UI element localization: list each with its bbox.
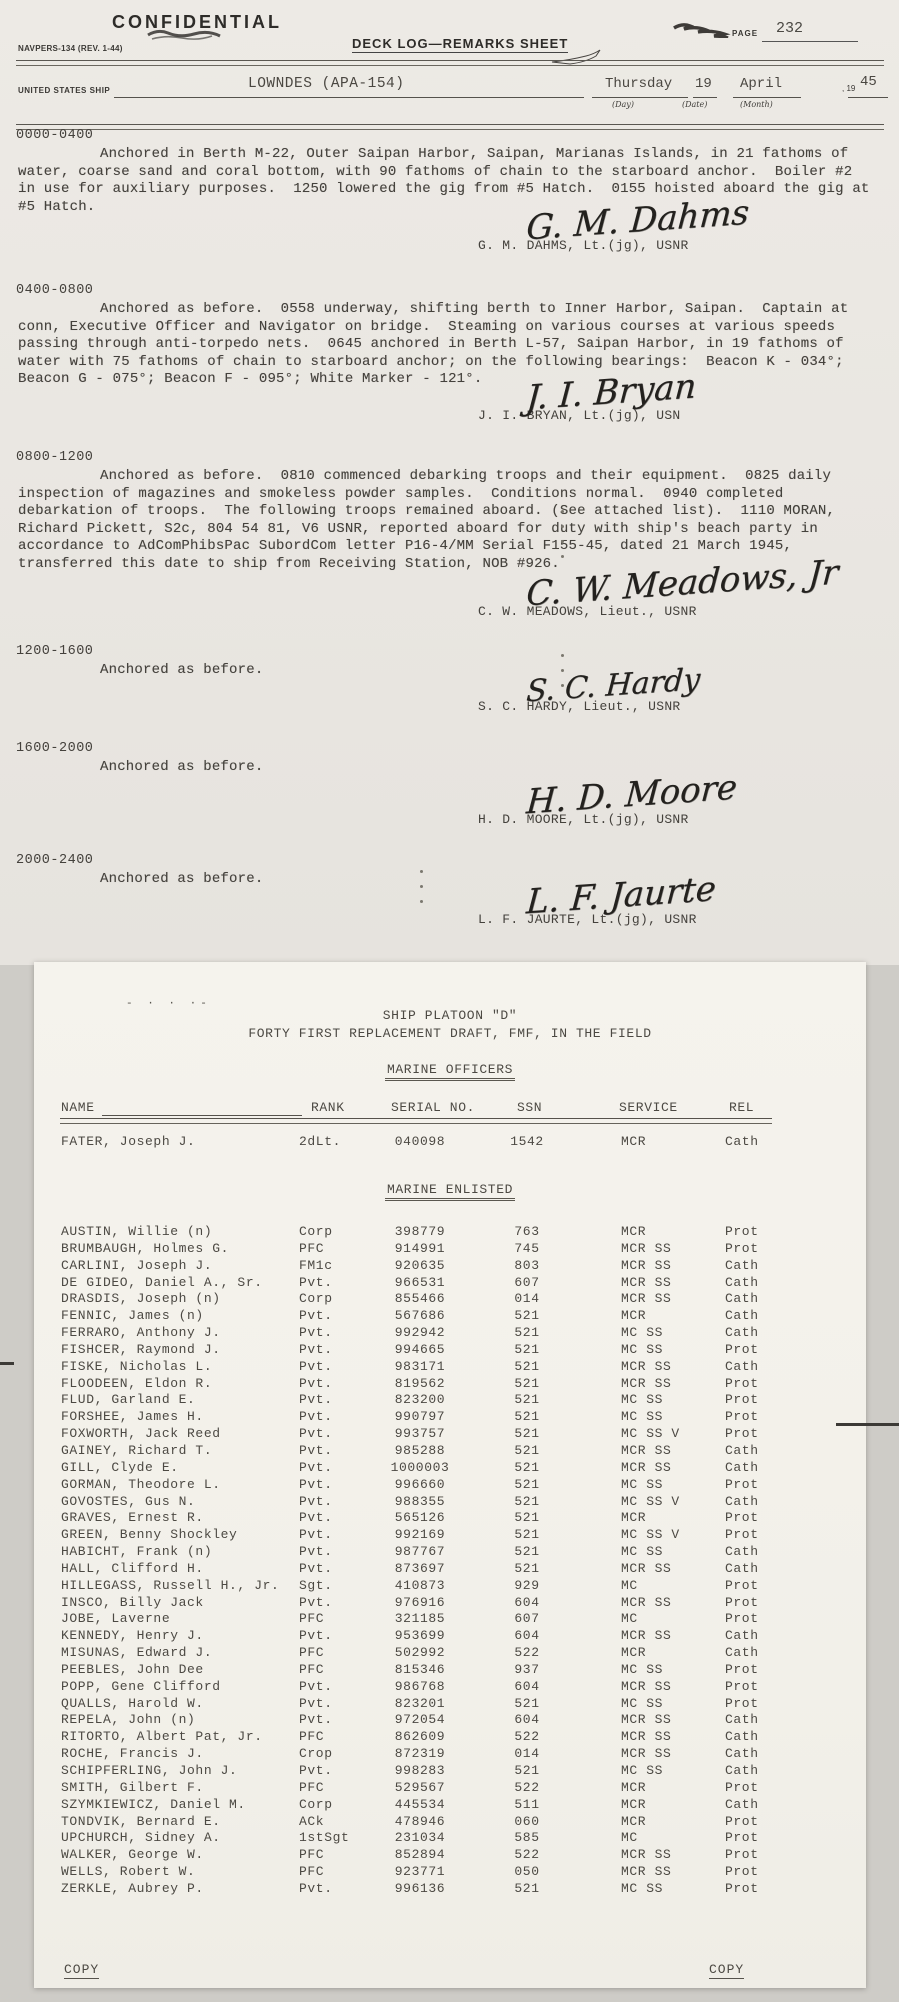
entry-time: 0400-0800 — [16, 283, 899, 298]
roster-cell: PFC — [299, 1241, 324, 1256]
scanned-deck-log-document: { "header": { "classification": "CONFIDE… — [0, 0, 899, 2002]
month-caption: (Month) — [740, 100, 773, 109]
roster-cell: 604 — [489, 1679, 565, 1694]
copy-stamp-right: COPY — [709, 1962, 744, 1979]
roster-cell: MC SS — [621, 1392, 663, 1407]
roster-cell: SCHIPFERLING, John J. — [61, 1763, 237, 1778]
signature-block: H. D. Moore H. D. MOORE, Lt.(jg), USNR — [478, 770, 878, 827]
roster-cell: 040098 — [364, 1134, 476, 1149]
roster-cell: SMITH, Gilbert F. — [61, 1780, 204, 1795]
roster-cell: MC — [621, 1578, 638, 1593]
table-row: UPCHURCH, Sidney A.1stSgt231034585MCProt — [34, 1830, 866, 1847]
roster-cell: 996136 — [364, 1881, 476, 1896]
column-header-rel: REL — [729, 1100, 754, 1115]
roster-cell: SZYMKIEWICZ, Daniel M. — [61, 1797, 246, 1812]
roster-cell: GOVOSTES, Gus N. — [61, 1494, 195, 1509]
roster-cell: Pvt. — [299, 1275, 333, 1290]
roster-cell: 604 — [489, 1595, 565, 1610]
signature-block: L. F. Jaurte L. F. JAURTE, Lt.(jg), USNR — [478, 870, 878, 927]
date-underline — [693, 97, 717, 98]
roster-cell: MCR SS — [621, 1847, 671, 1862]
roster-cell: MCR — [621, 1814, 646, 1829]
roster-cell: Corp — [299, 1797, 333, 1812]
table-row: GREEN, Benny ShockleyPvt.992169521MC SS … — [34, 1527, 866, 1544]
roster-cell: Cath — [725, 1325, 759, 1340]
roster-cell: Prot — [725, 1342, 759, 1357]
roster-cell: 604 — [489, 1712, 565, 1727]
roster-cell: 803 — [489, 1258, 565, 1273]
table-row: GRAVES, Ernest R.Pvt.565126521MCRProt — [34, 1510, 866, 1527]
column-header-name: NAME — [61, 1100, 95, 1115]
roster-cell: 231034 — [364, 1830, 476, 1845]
roster-cell: 521 — [489, 1494, 565, 1509]
roster-cell: MCR SS — [621, 1561, 671, 1576]
roster-cell: Cath — [725, 1763, 759, 1778]
roster-cell: WELLS, Robert W. — [61, 1864, 195, 1879]
table-row: GILL, Clyde E.Pvt.1000003521MCR SSCath — [34, 1460, 866, 1477]
month-underline — [733, 97, 801, 98]
year-underline — [848, 97, 888, 98]
roster-cell: 567686 — [364, 1308, 476, 1323]
table-row: FLOODEEN, Eldon R.Pvt.819562521MCR SSPro… — [34, 1376, 866, 1393]
roster-cell: 872319 — [364, 1746, 476, 1761]
roster-cell: 937 — [489, 1662, 565, 1677]
roster-cell: MCR — [621, 1134, 646, 1149]
roster-cell: MCR SS — [621, 1712, 671, 1727]
roster-cell: 823200 — [364, 1392, 476, 1407]
roster-cell: Prot — [725, 1662, 759, 1677]
roster-cell: 521 — [489, 1881, 565, 1896]
roster-cell: PFC — [299, 1847, 324, 1862]
roster-cell: 050 — [489, 1864, 565, 1879]
roster-cell: Cath — [725, 1134, 759, 1149]
roster-cell: FISHCER, Raymond J. — [61, 1342, 221, 1357]
roster-cell: Pvt. — [299, 1409, 333, 1424]
roster-cell: MCR — [621, 1645, 646, 1660]
roster-cell: MCR — [621, 1510, 646, 1525]
table-row: POPP, Gene CliffordPvt.986768604MCR SSPr… — [34, 1679, 866, 1696]
roster-cell: Prot — [725, 1611, 759, 1626]
roster-cell: BRUMBAUGH, Holmes G. — [61, 1241, 229, 1256]
roster-cell: 565126 — [364, 1510, 476, 1525]
roster-cell: 445534 — [364, 1797, 476, 1812]
roster-cell: Prot — [725, 1679, 759, 1694]
table-row: AUSTIN, Willie (n)Corp398779763MCRProt — [34, 1224, 866, 1241]
table-row: FISKE, Nicholas L.Pvt.983171521MCR SSCat… — [34, 1359, 866, 1376]
table-row: FENNIC, James (n)Pvt.567686521MCRCath — [34, 1308, 866, 1325]
punch-dots-artifact — [561, 642, 564, 699]
roster-cell: Cath — [725, 1443, 759, 1458]
roster-cell: Prot — [725, 1392, 759, 1407]
roster-cell: Cath — [725, 1729, 759, 1744]
roster-cell: 990797 — [364, 1409, 476, 1424]
roster-cell: REPELA, John (n) — [61, 1712, 195, 1727]
table-row: DE GIDEO, Daniel A., Sr.Pvt.966531607MCR… — [34, 1275, 866, 1292]
deck-log-sheet: CONFIDENTIAL NAVPERS-134 (REV. 1-44) DEC… — [0, 0, 899, 965]
roster-cell: Prot — [725, 1847, 759, 1862]
roster-cell: Cath — [725, 1628, 759, 1643]
roster-cell: 823201 — [364, 1696, 476, 1711]
roster-cell: 992169 — [364, 1527, 476, 1542]
roster-cell: MCR SS — [621, 1275, 671, 1290]
table-row: WELLS, Robert W.PFC923771050MCR SSProt — [34, 1864, 866, 1881]
column-header-rank: RANK — [311, 1100, 345, 1115]
roster-cell: AUSTIN, Willie (n) — [61, 1224, 212, 1239]
roster-cell: Cath — [725, 1712, 759, 1727]
signature-block: J. I. Bryan J. I. BRYAN, Lt.(jg), USN — [478, 366, 878, 423]
roster-cell: CARLINI, Joseph J. — [61, 1258, 212, 1273]
roster-cell: Cath — [725, 1460, 759, 1475]
roster-cell: 1000003 — [364, 1460, 476, 1475]
roster-cell: Pvt. — [299, 1763, 333, 1778]
roster-cell: 521 — [489, 1342, 565, 1357]
roster-cell: MCR — [621, 1797, 646, 1812]
roster-cell: MCR SS — [621, 1258, 671, 1273]
roster-cell: FISKE, Nicholas L. — [61, 1359, 212, 1374]
roster-cell: 1stSgt — [299, 1830, 349, 1845]
roster-cell: Cath — [725, 1797, 759, 1812]
roster-cell: Pvt. — [299, 1494, 333, 1509]
roster-cell: MCR SS — [621, 1443, 671, 1458]
roster-cell: DE GIDEO, Daniel A., Sr. — [61, 1275, 263, 1290]
roster-cell: FLUD, Garland E. — [61, 1392, 195, 1407]
roster-cell: MC SS — [621, 1409, 663, 1424]
roster-cell: 996660 — [364, 1477, 476, 1492]
roster-cell: 521 — [489, 1392, 565, 1407]
roster-cell: FOXWORTH, Jack Reed — [61, 1426, 221, 1441]
roster-cell: 607 — [489, 1275, 565, 1290]
roster-cell: 855466 — [364, 1291, 476, 1306]
table-row: HILLEGASS, Russell H., Jr.Sgt.410873929M… — [34, 1578, 866, 1595]
roster-cell: 521 — [489, 1308, 565, 1323]
date-year: 45 — [860, 74, 877, 90]
roster-cell: 763 — [489, 1224, 565, 1239]
roster-cell: 914991 — [364, 1241, 476, 1256]
roster-cell: Cath — [725, 1544, 759, 1559]
roster-cell: QUALLS, Harold W. — [61, 1696, 204, 1711]
table-row: HALL, Clifford H.Pvt.873697521MCR SSCath — [34, 1561, 866, 1578]
roster-cell: Prot — [725, 1696, 759, 1711]
roster-cell: FENNIC, James (n) — [61, 1308, 204, 1323]
roster-cell: 988355 — [364, 1494, 476, 1509]
roster-cell: KENNEDY, Henry J. — [61, 1628, 204, 1643]
roster-cell: 511 — [489, 1797, 565, 1812]
roster-cell: MC SS V — [621, 1426, 680, 1441]
roster-cell: MCR SS — [621, 1291, 671, 1306]
roster-cell: MC SS V — [621, 1494, 680, 1509]
roster-cell: Pvt. — [299, 1881, 333, 1896]
stray-line-artifact — [836, 1423, 899, 1426]
entry-time: 0800-1200 — [16, 450, 899, 465]
roster-cell: Sgt. — [299, 1578, 333, 1593]
roster-cell: MC SS — [621, 1544, 663, 1559]
roster-cell: PEEBLES, John Dee — [61, 1662, 204, 1677]
roster-cell: 993757 — [364, 1426, 476, 1441]
roster-cell: 819562 — [364, 1376, 476, 1391]
roster-cell: Cath — [725, 1308, 759, 1323]
table-row: QUALLS, Harold W.Pvt.823201521MC SSProt — [34, 1696, 866, 1713]
roster-cell: Pvt. — [299, 1679, 333, 1694]
roster-cell: 521 — [489, 1426, 565, 1441]
roster-cell: MC SS — [621, 1763, 663, 1778]
roster-cell: MCR SS — [621, 1729, 671, 1744]
roster-cell: Pvt. — [299, 1510, 333, 1525]
roster-cell: Prot — [725, 1578, 759, 1593]
table-row: CARLINI, Joseph J.FM1c920635803MCR SSCat… — [34, 1258, 866, 1275]
roster-cell: Prot — [725, 1595, 759, 1610]
entry-time: 0000-0400 — [16, 128, 899, 143]
roster-cell: FERRARO, Anthony J. — [61, 1325, 221, 1340]
roster-cell: Prot — [725, 1224, 759, 1239]
roster-cell: MCR SS — [621, 1359, 671, 1374]
roster-cell: Cath — [725, 1291, 759, 1306]
roster-cell: Prot — [725, 1881, 759, 1896]
roster-cell: MCR SS — [621, 1679, 671, 1694]
roster-cell: Cath — [725, 1645, 759, 1660]
roster-cell: GORMAN, Theodore L. — [61, 1477, 221, 1492]
roster-cell: GRAVES, Ernest R. — [61, 1510, 204, 1525]
roster-cell: Prot — [725, 1477, 759, 1492]
roster-cell: MCR SS — [621, 1460, 671, 1475]
roster-cell: 815346 — [364, 1662, 476, 1677]
roster-cell: MC — [621, 1611, 638, 1626]
roster-cell: Pvt. — [299, 1595, 333, 1610]
roster-cell: MCR SS — [621, 1376, 671, 1391]
roster-cell: 992942 — [364, 1325, 476, 1340]
roster-cell: GAINEY, Richard T. — [61, 1443, 212, 1458]
roster-cell: 521 — [489, 1325, 565, 1340]
page-number: 232 — [776, 20, 803, 37]
roster-cell: 920635 — [364, 1258, 476, 1273]
enlisted-table: AUSTIN, Willie (n)Corp398779763MCRProtBR… — [34, 1224, 866, 1898]
page-number-underline — [762, 41, 858, 42]
roster-cell: 521 — [489, 1359, 565, 1374]
roster-cell: 521 — [489, 1763, 565, 1778]
date-caption: (Date) — [682, 100, 707, 109]
roster-cell: MISUNAS, Edward J. — [61, 1645, 212, 1660]
roster-cell: DRASDIS, Joseph (n) — [61, 1291, 221, 1306]
table-row: GOVOSTES, Gus N.Pvt.988355521MC SS VCath — [34, 1494, 866, 1511]
roster-cell: MC — [621, 1830, 638, 1845]
roster-cell: Crop — [299, 1746, 333, 1761]
roster-cell: GILL, Clyde E. — [61, 1460, 179, 1475]
ink-squiggle-icon — [672, 22, 734, 38]
roster-cell: MC SS — [621, 1696, 663, 1711]
ship-name-underline — [114, 97, 584, 98]
roster-cell: MCR SS — [621, 1628, 671, 1643]
table-row: DRASDIS, Joseph (n)Corp855466014MCR SSCa… — [34, 1291, 866, 1308]
table-row: FERRARO, Anthony J.Pvt.992942521MC SSCat… — [34, 1325, 866, 1342]
roster-cell: Cath — [725, 1746, 759, 1761]
roster-cell: Prot — [725, 1426, 759, 1441]
roster-cell: Pvt. — [299, 1426, 333, 1441]
page-label: PAGE — [732, 29, 758, 38]
roster-cell: Prot — [725, 1527, 759, 1542]
table-row: FORSHEE, James H.Pvt.990797521MC SSProt — [34, 1409, 866, 1426]
roster-cell: Corp — [299, 1291, 333, 1306]
roster-cell: 521 — [489, 1544, 565, 1559]
punch-dots-artifact — [561, 498, 564, 570]
signature-block: C. W. Meadows, Jr C. W. MEADOWS, Lieut.,… — [478, 562, 878, 619]
roster-cell: Corp — [299, 1224, 333, 1239]
roster-cell: Pvt. — [299, 1325, 333, 1340]
roster-cell: Prot — [725, 1780, 759, 1795]
roster-cell: MC SS — [621, 1342, 663, 1357]
roster-cell: 607 — [489, 1611, 565, 1626]
roster-cell: Pvt. — [299, 1712, 333, 1727]
roster-cell: 478946 — [364, 1814, 476, 1829]
roster-cell: MCR SS — [621, 1864, 671, 1879]
column-header-ssn: SSN — [517, 1100, 542, 1115]
roster-cell: 522 — [489, 1780, 565, 1795]
roster-cell: Pvt. — [299, 1443, 333, 1458]
stray-line-artifact — [0, 1362, 14, 1365]
roster-cell: 987767 — [364, 1544, 476, 1559]
roster-cell: 521 — [489, 1376, 565, 1391]
year-prefix: , 19 — [842, 84, 855, 93]
roster-cell: MCR — [621, 1308, 646, 1323]
roster-cell: PFC — [299, 1864, 324, 1879]
roster-cell: Prot — [725, 1409, 759, 1424]
copy-stamp-left: COPY — [64, 1962, 99, 1979]
roster-cell: 521 — [489, 1409, 565, 1424]
roster-cell: 2dLt. — [299, 1134, 341, 1149]
roster-cell: 522 — [489, 1729, 565, 1744]
roster-cell: RITORTO, Albert Pat, Jr. — [61, 1729, 263, 1744]
roster-cell: 521 — [489, 1477, 565, 1492]
roster-cell: Cath — [725, 1494, 759, 1509]
roster-cell: Pvt. — [299, 1460, 333, 1475]
roster-cell: 014 — [489, 1746, 565, 1761]
roster-cell: 521 — [489, 1460, 565, 1475]
table-row: FATER, Joseph J.2dLt.0400981542MCRCath — [34, 1134, 866, 1154]
roster-cell: MC SS — [621, 1477, 663, 1492]
punch-dots-artifact — [420, 858, 423, 915]
table-row: INSCO, Billy JackPvt.976916604MCR SSProt — [34, 1595, 866, 1612]
roster-cell: 398779 — [364, 1224, 476, 1239]
log-entry-0800-1200: 0800-1200 Anchored as before. 0810 comme… — [0, 450, 899, 574]
roster-cell: Prot — [725, 1830, 759, 1845]
roster-cell: MCR SS — [621, 1746, 671, 1761]
table-row: FLUD, Garland E.Pvt.823200521MC SSProt — [34, 1392, 866, 1409]
roster-cell: Prot — [725, 1376, 759, 1391]
roster-cell: 521 — [489, 1510, 565, 1525]
table-row: JOBE, LavernePFC321185607MCProt — [34, 1611, 866, 1628]
roster-cell: 060 — [489, 1814, 565, 1829]
roster-cell: Cath — [725, 1359, 759, 1374]
table-row: RITORTO, Albert Pat, Jr.PFC862609522MCR … — [34, 1729, 866, 1746]
roster-cell: 923771 — [364, 1864, 476, 1879]
roster-cell: 521 — [489, 1527, 565, 1542]
roster-cell: 521 — [489, 1561, 565, 1576]
roster-cell: PFC — [299, 1729, 324, 1744]
table-row: GORMAN, Theodore L.Pvt.996660521MC SSPro… — [34, 1477, 866, 1494]
roster-cell: HILLEGASS, Russell H., Jr. — [61, 1578, 279, 1593]
roster-cell: 998283 — [364, 1763, 476, 1778]
roster-cell: 410873 — [364, 1578, 476, 1593]
roster-cell: MCR — [621, 1224, 646, 1239]
officers-table: FATER, Joseph J.2dLt.0400981542MCRCath — [34, 1134, 866, 1154]
roster-cell: PFC — [299, 1780, 324, 1795]
name-column-underline — [102, 1115, 302, 1116]
roster-cell: 929 — [489, 1578, 565, 1593]
roster-cell: Pvt. — [299, 1477, 333, 1492]
stamp-smudge-icon — [146, 27, 224, 41]
table-row: TONDVIK, Bernard E.ACk478946060MCRProt — [34, 1814, 866, 1831]
roster-cell: PFC — [299, 1645, 324, 1660]
roster-cell: PFC — [299, 1662, 324, 1677]
roster-cell: HALL, Clifford H. — [61, 1561, 204, 1576]
roster-cell: 604 — [489, 1628, 565, 1643]
date-number: 19 — [695, 76, 712, 92]
table-row: WALKER, George W.PFC852894522MCR SSProt — [34, 1847, 866, 1864]
roster-cell: ACk — [299, 1814, 324, 1829]
roster-cell: 745 — [489, 1241, 565, 1256]
roster-cell: MCR SS — [621, 1595, 671, 1610]
attached-troop-list-sheet: - · · ·- SHIP PLATOON "D" FORTY FIRST RE… — [34, 962, 866, 1988]
roster-cell: 983171 — [364, 1359, 476, 1374]
roster-cell: 502992 — [364, 1645, 476, 1660]
roster-cell: MC SS — [621, 1662, 663, 1677]
roster-cell: Cath — [725, 1561, 759, 1576]
signature-block: G. M. Dahms G. M. DAHMS, Lt.(jg), USNR — [478, 196, 878, 253]
table-row: SZYMKIEWICZ, Daniel M.Corp445534511MCRCa… — [34, 1797, 866, 1814]
roster-cell: Pvt. — [299, 1359, 333, 1374]
roster-cell: 1542 — [489, 1134, 565, 1149]
table-row: GAINEY, Richard T.Pvt.985288521MCR SSCat… — [34, 1443, 866, 1460]
roster-cell: Pvt. — [299, 1561, 333, 1576]
roster-cell: 862609 — [364, 1729, 476, 1744]
header-rule — [16, 60, 884, 66]
roster-cell: Pvt. — [299, 1544, 333, 1559]
roster-cell: MCR — [621, 1780, 646, 1795]
roster-cell: PFC — [299, 1611, 324, 1626]
roster-cell: TONDVIK, Bernard E. — [61, 1814, 221, 1829]
roster-cell: 521 — [489, 1443, 565, 1458]
ship-name: LOWNDES (APA-154) — [248, 76, 404, 92]
signature-block: S. C. Hardy S. C. HARDY, Lieut., USNR — [478, 662, 878, 714]
roster-cell: Prot — [725, 1241, 759, 1256]
entry-time: 1600-2000 — [16, 741, 899, 756]
roster-cell: 953699 — [364, 1628, 476, 1643]
roster-cell: 014 — [489, 1291, 565, 1306]
table-row: SMITH, Gilbert F.PFC529567522MCRProt — [34, 1780, 866, 1797]
form-number: NAVPERS-134 (REV. 1-44) — [18, 44, 123, 53]
table-row: ROCHE, Francis J.Crop872319014MCR SSCath — [34, 1746, 866, 1763]
roster-cell: Pvt. — [299, 1342, 333, 1357]
date-month: April — [740, 76, 782, 92]
roster-cell: MC SS — [621, 1325, 663, 1340]
roster-cell: Pvt. — [299, 1696, 333, 1711]
roster-title-line1: SHIP PLATOON "D" — [50, 1008, 850, 1023]
roster-cell: 529567 — [364, 1780, 476, 1795]
roster-cell: ZERKLE, Aubrey P. — [61, 1881, 204, 1896]
sheet-title: DECK LOG—REMARKS SHEET — [352, 36, 568, 53]
table-row: HABICHT, Frank (n)Pvt.987767521MC SSCath — [34, 1544, 866, 1561]
ship-label: UNITED STATES SHIP — [18, 86, 110, 95]
roster-cell: 994665 — [364, 1342, 476, 1357]
day-caption: (Day) — [612, 100, 634, 109]
table-row: BRUMBAUGH, Holmes G.PFC914991745MCR SSPr… — [34, 1241, 866, 1258]
roster-cell: JOBE, Laverne — [61, 1611, 170, 1626]
roster-cell: Pvt. — [299, 1376, 333, 1391]
roster-cell: 985288 — [364, 1443, 476, 1458]
roster-cell: 873697 — [364, 1561, 476, 1576]
roster-cell: 966531 — [364, 1275, 476, 1290]
roster-cell: 521 — [489, 1696, 565, 1711]
day-underline — [592, 97, 688, 98]
roster-cell: Pvt. — [299, 1392, 333, 1407]
